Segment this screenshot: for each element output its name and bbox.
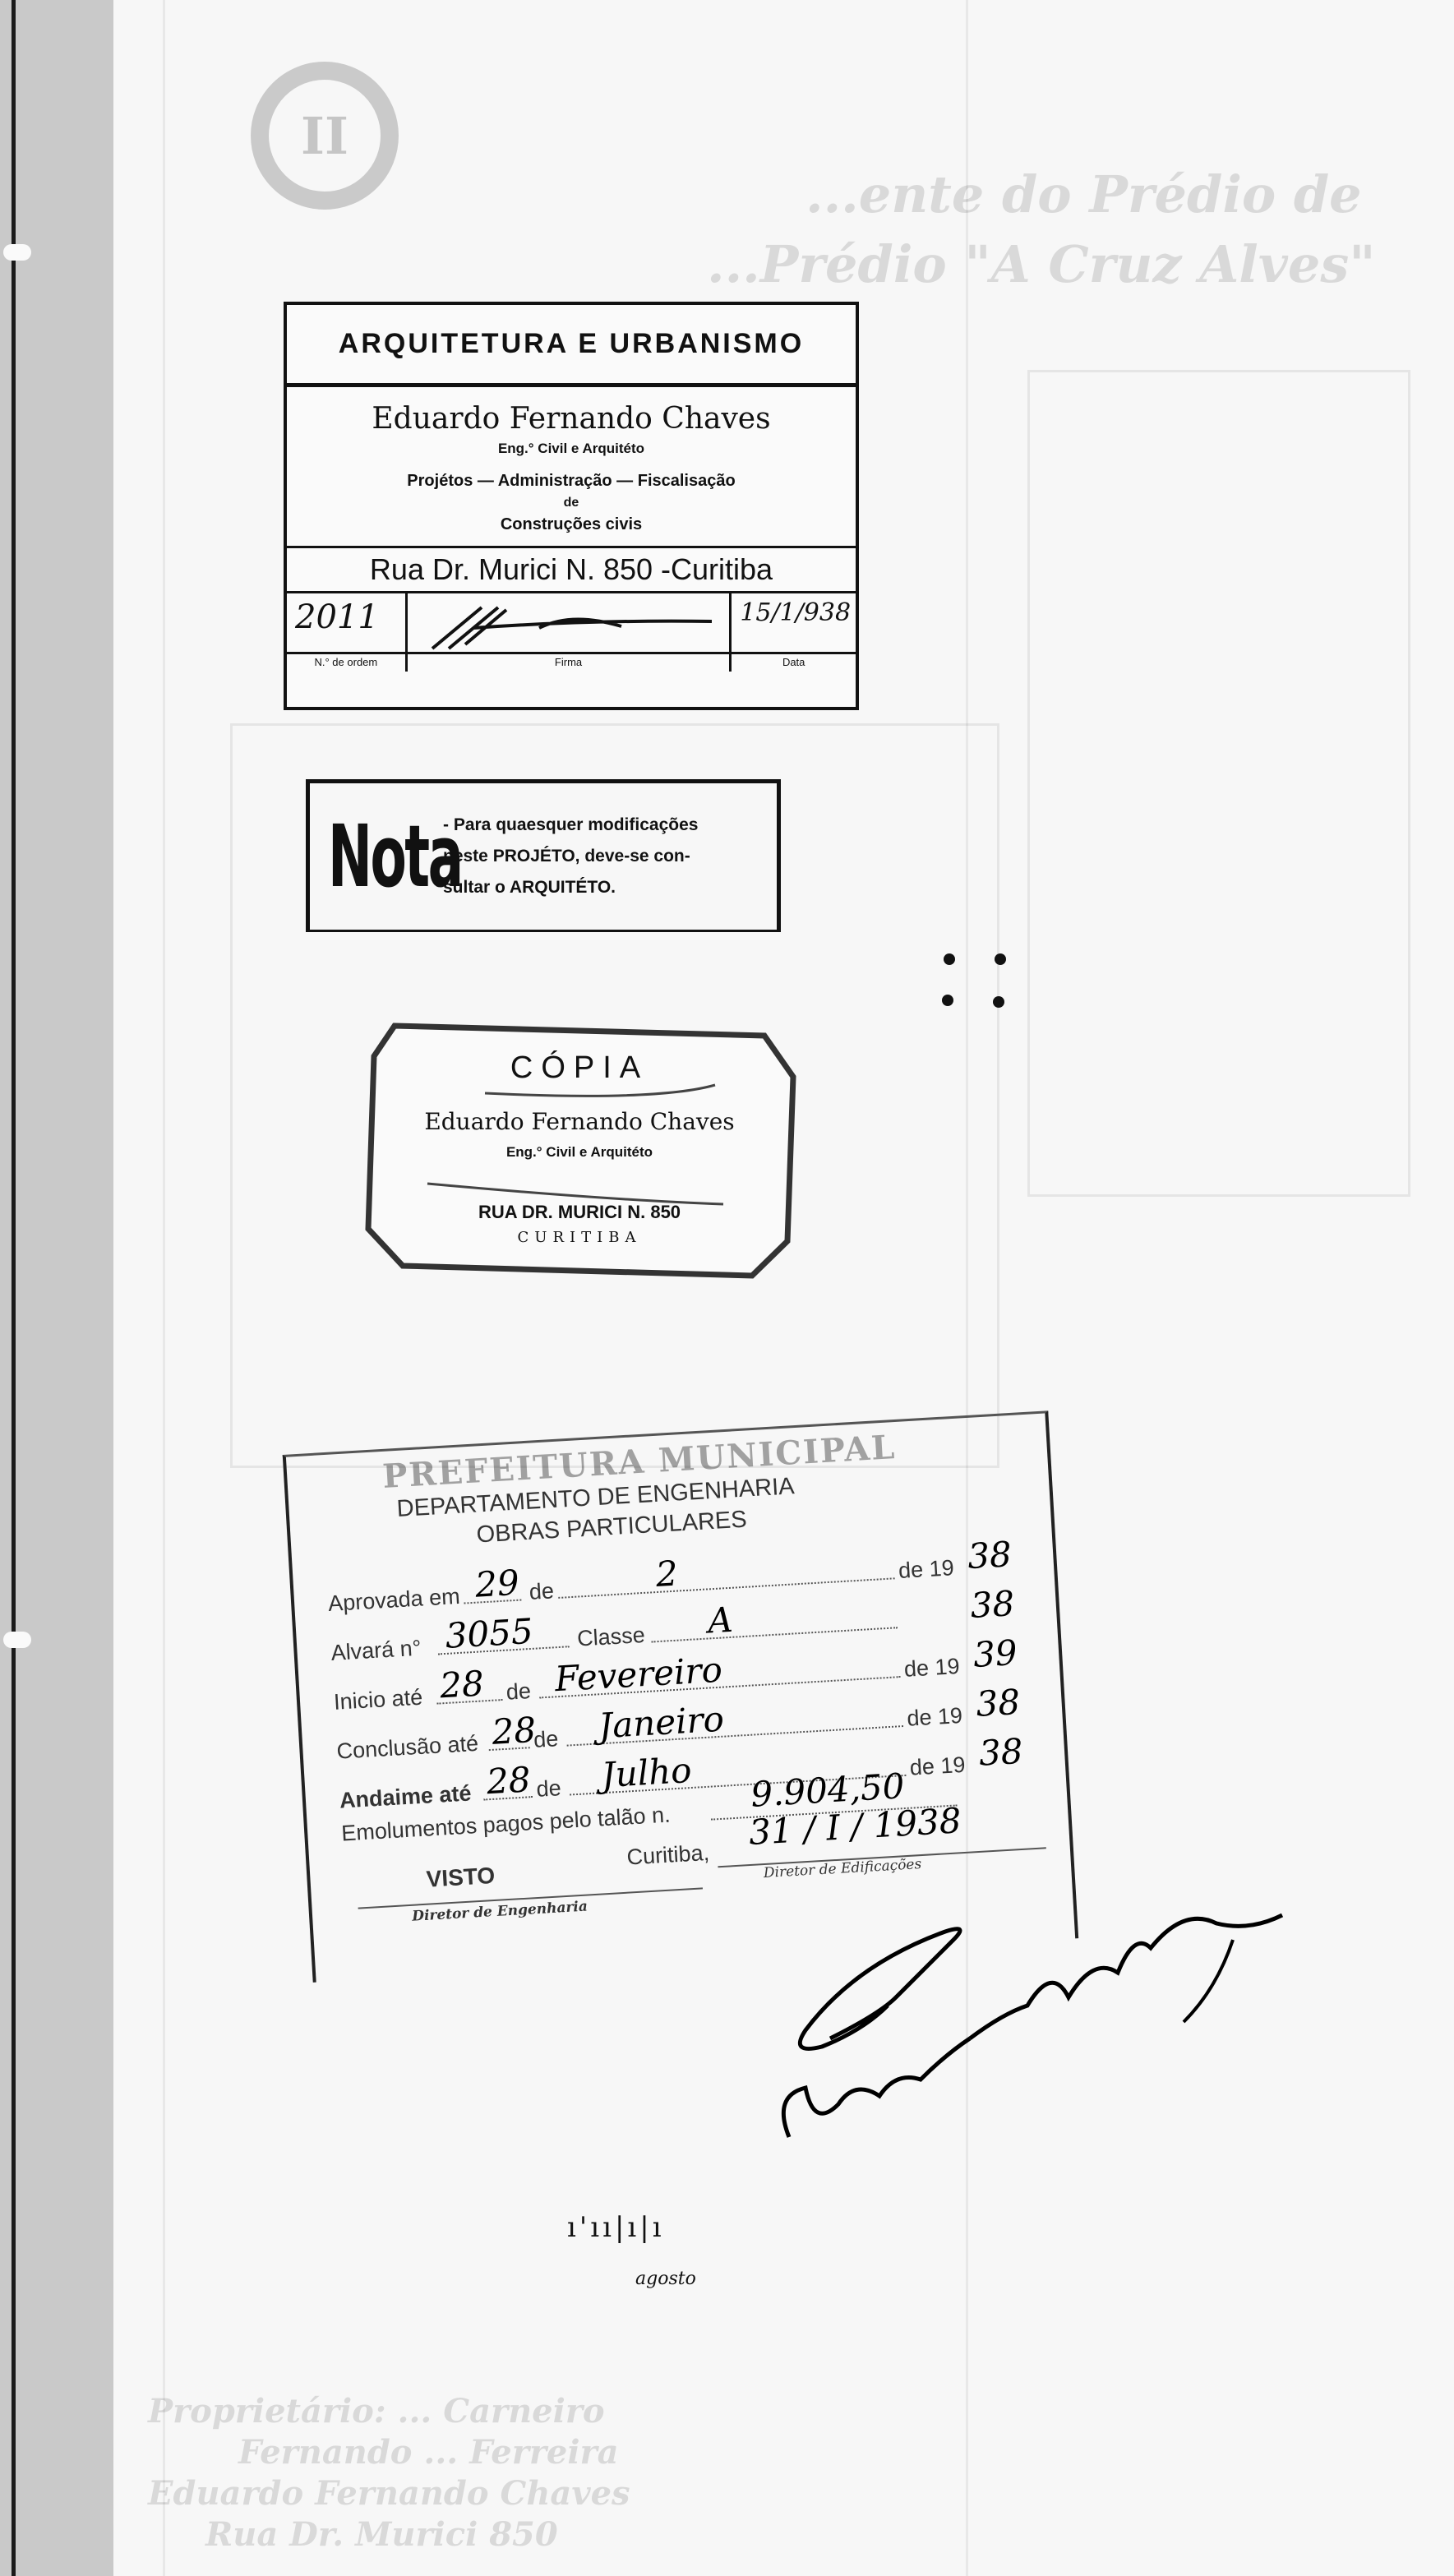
andaime-day: 28	[486, 1759, 532, 1802]
conclusao-year: 38	[975, 1682, 1021, 1724]
order-number: 2011	[295, 598, 379, 636]
signature-cell: Firma	[408, 593, 732, 672]
faint-title-line2: ...Prédio "A Cruz Alves"	[707, 234, 1376, 294]
architect-name: Eduardo Fernando Chaves	[287, 402, 856, 436]
architect-address: Rua Dr. Murici N. 850 -Curitiba	[287, 546, 856, 593]
architect-signature-icon	[424, 603, 720, 653]
inicio-year: 39	[972, 1632, 1018, 1675]
inicio-month: Fevereiro	[554, 1650, 723, 1700]
binding-hole	[3, 1632, 31, 1648]
ink-dot	[995, 953, 1006, 965]
faint-owner-line: Proprietário: ... Carneiro	[148, 2392, 605, 2431]
conclusao-month: Janeiro	[598, 1699, 725, 1747]
architect-services: Projétos — Administração — Fiscalisação	[287, 472, 856, 491]
inicio-day: 28	[439, 1663, 485, 1706]
nota-text: - Para quaesquer modificações neste PROJ…	[443, 810, 698, 903]
architect-stamp-fields: 2011 N.° de ordem Firma 15/1/938 Data	[287, 593, 856, 672]
ink-dot	[993, 996, 1004, 1008]
copia-address: RUA DR. MURICI N. 850	[362, 1202, 797, 1223]
classe-value: A	[707, 1600, 734, 1641]
row-de-year: de 19	[907, 1703, 963, 1732]
andaime-month: Julho	[600, 1750, 692, 1795]
nota-heading: Nota	[328, 814, 404, 899]
ink-dot	[942, 995, 953, 1006]
page-seal: II	[251, 62, 399, 210]
ink-dot	[944, 953, 955, 965]
signature-label: Firma	[408, 652, 730, 668]
architect-stamp: ARQUITETURA E URBANISMO Eduardo Fernando…	[284, 302, 859, 710]
nota-line: sultar o ARQUITÉTO.	[443, 872, 698, 903]
row-label: Inicio até	[333, 1685, 423, 1715]
row-de-year: de 19	[903, 1654, 960, 1683]
architect-services-de: de	[287, 496, 856, 510]
tally-marks: ı'ıı|ı|ı	[567, 2211, 665, 2244]
architect-services-line2: Construções civis	[287, 515, 856, 534]
row-de: de	[505, 1678, 532, 1706]
date-label: Data	[732, 652, 856, 668]
order-number-label: N.° de ordem	[287, 652, 405, 668]
faint-drawing-frame	[1027, 370, 1410, 1197]
andaime-year: 38	[978, 1731, 1024, 1774]
curitiba-label: Curitiba,	[626, 1840, 710, 1871]
fold-line	[163, 0, 165, 2576]
approval-year: 38	[967, 1534, 1013, 1577]
alvara-number: 3055	[444, 1611, 534, 1656]
row-label: Alvará n°	[330, 1636, 422, 1666]
row-de: de	[536, 1775, 562, 1803]
nota-stamp: Nota - Para quaesquer modificações neste…	[306, 779, 781, 932]
stamp-date: 15/1/938	[740, 598, 851, 627]
copia-name: Eduardo Fernando Chaves	[362, 1108, 797, 1135]
nota-line: - Para quaesquer modificações	[443, 810, 698, 841]
copia-stamp: CÓPIA Eduardo Fernando Chaves Eng.° Civi…	[362, 1019, 797, 1281]
handwritten-note: agosto	[635, 2269, 696, 2289]
conclusao-day: 28	[491, 1710, 537, 1752]
seal-numeral: II	[301, 106, 348, 166]
classe-label: Classe	[576, 1623, 645, 1652]
architect-title: Eng.° Civil e Arquitéto	[287, 441, 856, 457]
row-de-year: de 19	[898, 1555, 954, 1584]
faint-owner-line: Rua Dr. Murici 850	[205, 2515, 558, 2554]
alvara-year: 38	[969, 1583, 1015, 1626]
binding-strip	[0, 0, 113, 2576]
copia-title-line: Eng.° Civil e Arquitéto	[362, 1144, 797, 1161]
faint-owner-line: Eduardo Fernando Chaves	[148, 2474, 630, 2513]
binding-hole	[3, 244, 31, 261]
binding-line	[12, 0, 16, 2576]
approval-day: 29	[474, 1563, 520, 1605]
row-de: de	[529, 1578, 555, 1605]
copia-city: CURITIBA	[362, 1229, 797, 1246]
date-cell: 15/1/938 Data	[732, 593, 856, 672]
row-de-year: de 19	[909, 1752, 966, 1781]
nota-line: neste PROJÉTO, deve-se con-	[443, 841, 698, 872]
order-number-cell: 2011 N.° de ordem	[287, 593, 408, 672]
approval-month: 2	[654, 1553, 679, 1595]
faint-title-line1: ...ente do Prédio de	[805, 164, 1362, 224]
architect-stamp-header: ARQUITETURA E URBANISMO	[287, 305, 856, 387]
visto-label: VISTO	[426, 1863, 496, 1893]
faint-owner-line: Fernando ... Ferreira	[238, 2433, 619, 2472]
row-de: de	[533, 1726, 559, 1753]
copia-title: CÓPIA	[362, 1050, 797, 1086]
fiscal-signature-icon	[756, 1890, 1414, 2178]
